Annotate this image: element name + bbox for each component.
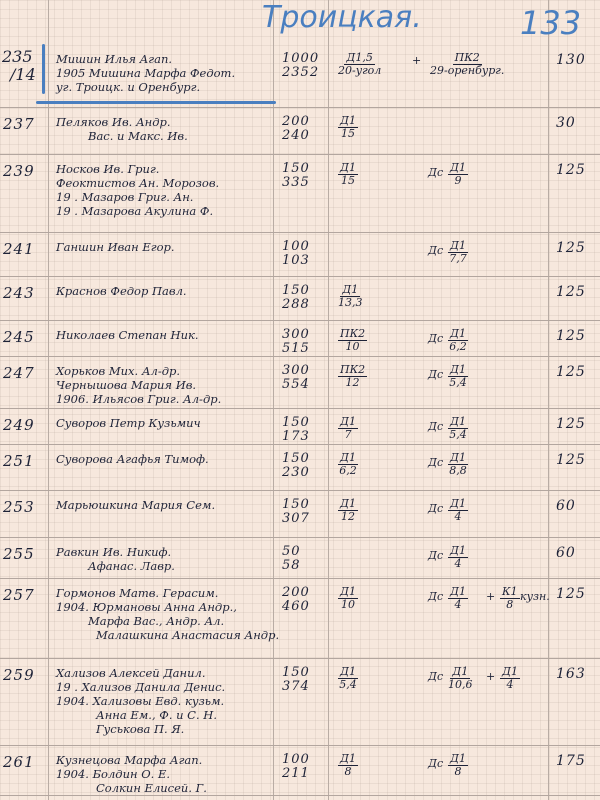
fraction-denominator: 10 bbox=[346, 341, 360, 353]
area-value: 554 bbox=[282, 378, 326, 392]
area-values: 150307 bbox=[282, 498, 326, 526]
owner-name-line: Кузнецова Марфа Агап. bbox=[56, 753, 270, 767]
building-code-primary: Д18 bbox=[338, 753, 358, 778]
entry-number: 241 bbox=[3, 240, 35, 258]
row-divider bbox=[0, 320, 600, 321]
area-values: 150230 bbox=[282, 452, 326, 480]
fraction-denominator: 8 bbox=[454, 766, 461, 778]
plus-sign: + bbox=[486, 670, 495, 683]
fraction-denominator: 10 bbox=[341, 599, 355, 611]
fraction-denominator: 5,4 bbox=[449, 377, 467, 389]
area-value: 150 bbox=[282, 162, 326, 176]
owner-name-line: Николаев Степан Ник. bbox=[56, 328, 270, 342]
blue-bracket-mark bbox=[42, 44, 45, 94]
fraction-denominator: 15 bbox=[341, 128, 355, 140]
column-divider bbox=[48, 0, 49, 800]
entry-number: 245 bbox=[3, 328, 35, 346]
outbuilding-prefix: Дс bbox=[428, 368, 443, 381]
owner-names: Равкин Ив. Никиф.Афанас. Лавр. bbox=[56, 545, 270, 573]
owner-names: Кузнецова Марфа Агап.1904. Болдин О. Е.С… bbox=[56, 753, 270, 795]
building-code-secondary: Д110,6 bbox=[448, 666, 473, 691]
building-code-secondary: Д18,8 bbox=[448, 452, 468, 477]
owner-names: Суворова Агафья Тимоф. bbox=[56, 452, 270, 466]
area-values: 300554 bbox=[282, 364, 326, 392]
entry-number: 259 bbox=[3, 666, 35, 684]
fraction-denominator: 8 bbox=[344, 766, 351, 778]
owner-name-line: 19 . Мазарова Акулина Ф. bbox=[56, 204, 270, 218]
owner-names: Пеляков Ив. Андр.Вас. и Макс. Ив. bbox=[56, 115, 270, 143]
owner-name-line: Чернышова Мария Ив. bbox=[56, 378, 270, 392]
area-value: 300 bbox=[282, 328, 326, 342]
area-value: 150 bbox=[282, 416, 326, 430]
owner-names: Хорьков Мих. Ал-др.Чернышова Мария Ив.19… bbox=[56, 364, 270, 406]
outbuilding-prefix: Дс bbox=[428, 244, 443, 257]
entry-number: 261 bbox=[3, 753, 35, 771]
entry-number-main: 235 bbox=[2, 48, 36, 66]
area-values: 300515 bbox=[282, 328, 326, 356]
area-values: 10002352 bbox=[282, 52, 326, 80]
column-divider bbox=[328, 0, 329, 800]
area-value: 307 bbox=[282, 512, 326, 526]
owner-name-line: Пеляков Ив. Андр. bbox=[56, 115, 270, 129]
entry-total: 125 bbox=[556, 416, 586, 432]
owner-name-line: Мишин Илья Агап. bbox=[56, 52, 270, 66]
row-divider bbox=[0, 232, 600, 233]
fraction-denominator: 7,7 bbox=[449, 253, 467, 265]
building-code-primary: Д15,4 bbox=[338, 666, 358, 691]
area-values: 150374 bbox=[282, 666, 326, 694]
building-code-primary: Д17 bbox=[338, 416, 358, 441]
building-code-tertiary: Д14 bbox=[500, 666, 520, 691]
row-divider bbox=[0, 490, 600, 491]
outbuilding-prefix: Дс bbox=[428, 456, 443, 469]
outbuilding-prefix: Дс bbox=[428, 590, 443, 603]
row-divider bbox=[0, 107, 600, 108]
building-note: кузн. bbox=[520, 590, 550, 603]
area-values: 150173 bbox=[282, 416, 326, 444]
area-value: 288 bbox=[282, 298, 326, 312]
fraction-denominator: 15 bbox=[341, 175, 355, 187]
entry-total: 125 bbox=[556, 240, 586, 256]
plus-sign: + bbox=[412, 54, 421, 67]
building-code-primary: Д16,2 bbox=[338, 452, 358, 477]
fraction-denominator: 4 bbox=[454, 511, 461, 523]
entry-total: 125 bbox=[556, 364, 586, 380]
fraction-denominator: 5,4 bbox=[339, 679, 357, 691]
row-divider bbox=[0, 537, 600, 538]
ledger-page: Троицкая. 133 235/14Мишин Илья Агап.1905… bbox=[0, 0, 600, 800]
building-code-secondary: Д14 bbox=[448, 545, 468, 570]
owner-name-line: Марфа Вас., Андр. Ал. bbox=[56, 614, 270, 628]
area-values: 200460 bbox=[282, 586, 326, 614]
entry-number: 253 bbox=[3, 498, 35, 516]
building-code-primary: Д1,520-угол bbox=[338, 52, 381, 77]
outbuilding-prefix: Дс bbox=[428, 757, 443, 770]
entry-total: 125 bbox=[556, 328, 586, 344]
building-code-primary: Д115 bbox=[338, 162, 358, 187]
outbuilding-prefix: Дс bbox=[428, 166, 443, 179]
entry-total: 163 bbox=[556, 666, 586, 682]
fraction-denominator: 4 bbox=[454, 599, 461, 611]
area-value: 173 bbox=[282, 430, 326, 444]
owner-name-line: Марьюшкина Мария Сем. bbox=[56, 498, 270, 512]
plus-sign: + bbox=[486, 590, 495, 603]
fraction-denominator: 4 bbox=[506, 679, 513, 691]
entry-total: 130 bbox=[556, 52, 586, 68]
owner-name-line: Анна Ем., Ф. и С. Н. bbox=[56, 708, 270, 722]
page-title: Троицкая. bbox=[262, 0, 422, 35]
entry-total: 60 bbox=[556, 545, 576, 561]
row-divider bbox=[0, 408, 600, 409]
owner-name-line: 1904. Хализовы Евд. кузьм. bbox=[56, 694, 270, 708]
owner-name-line: 1904. Юрмановы Анна Андр., bbox=[56, 600, 270, 614]
entry-number: 243 bbox=[3, 284, 35, 302]
owner-name-line: Солкин Елисей. Г. bbox=[56, 781, 270, 795]
area-value: 374 bbox=[282, 680, 326, 694]
building-code-secondary: Д14 bbox=[448, 498, 468, 523]
building-code-secondary: Д15,4 bbox=[448, 364, 468, 389]
area-value: 211 bbox=[282, 767, 326, 781]
building-code-primary: Д110 bbox=[338, 586, 358, 611]
fraction-denominator: 8,8 bbox=[449, 465, 467, 477]
building-code-secondary: Д16,2 bbox=[448, 328, 468, 353]
building-code-primary: ПК212 bbox=[338, 364, 367, 389]
entry-number: 257 bbox=[3, 586, 35, 604]
area-values: 100211 bbox=[282, 753, 326, 781]
owner-name-line: 1904. Болдин О. Е. bbox=[56, 767, 270, 781]
owner-names: Гормонов Матв. Герасим.1904. Юрмановы Ан… bbox=[56, 586, 270, 642]
area-value: 150 bbox=[282, 284, 326, 298]
owner-name-line: уг. Троицк. и Оренбург. bbox=[56, 80, 270, 94]
owner-name-line: 19 . Хализов Данила Денис. bbox=[56, 680, 270, 694]
owner-name-line: Вас. и Макс. Ив. bbox=[56, 129, 270, 143]
building-code-secondary: Д18 bbox=[448, 753, 468, 778]
owner-names: Марьюшкина Мария Сем. bbox=[56, 498, 270, 512]
area-value: 240 bbox=[282, 129, 326, 143]
building-code-secondary: ПК229-оренбург. bbox=[430, 52, 504, 77]
building-code-primary: Д113,3 bbox=[338, 284, 363, 309]
entry-total: 125 bbox=[556, 586, 586, 602]
area-value: 2352 bbox=[282, 66, 326, 80]
area-value: 100 bbox=[282, 753, 326, 767]
row-divider bbox=[0, 795, 600, 796]
area-value: 515 bbox=[282, 342, 326, 356]
fraction-denominator: 6,2 bbox=[449, 341, 467, 353]
entry-total: 175 bbox=[556, 753, 586, 769]
area-value: 300 bbox=[282, 364, 326, 378]
entry-number-sub: /14 bbox=[2, 66, 36, 84]
owner-name-line: Малашкина Анастасия Андр. bbox=[56, 628, 270, 642]
entry-number: 235/14 bbox=[2, 48, 36, 84]
area-value: 150 bbox=[282, 666, 326, 680]
entry-number: 249 bbox=[3, 416, 35, 434]
owner-name-line: Гуськова П. Я. bbox=[56, 722, 270, 736]
row-divider bbox=[0, 444, 600, 445]
owner-name-line: Феоктистов Ан. Морозов. bbox=[56, 176, 270, 190]
outbuilding-prefix: Дс bbox=[428, 502, 443, 515]
owner-name-line: 1905 Мишина Марфа Федот. bbox=[56, 66, 270, 80]
fraction-denominator: 5,4 bbox=[449, 429, 467, 441]
owner-names: Николаев Степан Ник. bbox=[56, 328, 270, 342]
owner-names: Хализов Алексей Данил.19 . Хализов Данил… bbox=[56, 666, 270, 736]
column-divider bbox=[273, 0, 274, 800]
entry-number: 237 bbox=[3, 115, 35, 133]
outbuilding-prefix: Дс bbox=[428, 332, 443, 345]
area-values: 5058 bbox=[282, 545, 326, 573]
row-divider bbox=[0, 578, 600, 579]
area-value: 460 bbox=[282, 600, 326, 614]
fraction-denominator: 10,6 bbox=[448, 679, 473, 691]
entry-total: 125 bbox=[556, 162, 586, 178]
owner-name-line: Ганшин Иван Егор. bbox=[56, 240, 270, 254]
building-code-secondary: Д19 bbox=[448, 162, 468, 187]
area-value: 100 bbox=[282, 240, 326, 254]
owner-name-line: Хорьков Мих. Ал-др. bbox=[56, 364, 270, 378]
fraction-denominator: 4 bbox=[454, 558, 461, 570]
owner-name-line: Афанас. Лавр. bbox=[56, 559, 270, 573]
fraction-denominator: 9 bbox=[454, 175, 461, 187]
entry-total: 125 bbox=[556, 452, 586, 468]
area-values: 200240 bbox=[282, 115, 326, 143]
area-value: 230 bbox=[282, 466, 326, 480]
area-values: 150288 bbox=[282, 284, 326, 312]
entry-number: 239 bbox=[3, 162, 35, 180]
entry-number: 255 bbox=[3, 545, 35, 563]
area-value: 150 bbox=[282, 498, 326, 512]
owner-name-line: 1906. Ильясов Григ. Ал-др. bbox=[56, 392, 270, 406]
owner-name-line: Краснов Федор Павл. bbox=[56, 284, 270, 298]
area-value: 200 bbox=[282, 586, 326, 600]
owner-names: Суворов Петр Кузьмич bbox=[56, 416, 270, 430]
area-values: 150335 bbox=[282, 162, 326, 190]
entry-number: 247 bbox=[3, 364, 35, 382]
fraction-denominator: 6,2 bbox=[339, 465, 357, 477]
row-divider bbox=[0, 745, 600, 746]
owner-names: Ганшин Иван Егор. bbox=[56, 240, 270, 254]
owner-name-line: Хализов Алексей Данил. bbox=[56, 666, 270, 680]
building-code-tertiary: К18 bbox=[500, 586, 520, 611]
row-divider bbox=[0, 154, 600, 155]
area-value: 103 bbox=[282, 254, 326, 268]
fraction-denominator: 13,3 bbox=[338, 297, 363, 309]
entry-number: 251 bbox=[3, 452, 35, 470]
owner-name-line: Суворов Петр Кузьмич bbox=[56, 416, 270, 430]
area-value: 50 bbox=[282, 545, 326, 559]
fraction-denominator: 29-оренбург. bbox=[430, 65, 504, 77]
owner-name-line: Суворова Агафья Тимоф. bbox=[56, 452, 270, 466]
entry-total: 30 bbox=[556, 115, 576, 131]
outbuilding-prefix: Дс bbox=[428, 420, 443, 433]
owner-names: Мишин Илья Агап.1905 Мишина Марфа Федот.… bbox=[56, 52, 270, 94]
page-number: 133 bbox=[520, 4, 581, 42]
owner-name-line: Гормонов Матв. Герасим. bbox=[56, 586, 270, 600]
row-divider bbox=[0, 658, 600, 659]
area-value: 200 bbox=[282, 115, 326, 129]
entry-total: 125 bbox=[556, 284, 586, 300]
fraction-denominator: 12 bbox=[346, 377, 360, 389]
outbuilding-prefix: Дс bbox=[428, 670, 443, 683]
building-code-secondary: Д14 bbox=[448, 586, 468, 611]
row-divider bbox=[0, 276, 600, 277]
owner-names: Носков Ив. Григ.Феоктистов Ан. Морозов.1… bbox=[56, 162, 270, 218]
column-divider bbox=[548, 0, 549, 800]
building-code-primary: ПК210 bbox=[338, 328, 367, 353]
outbuilding-prefix: Дс bbox=[428, 549, 443, 562]
owner-name-line: Носков Ив. Григ. bbox=[56, 162, 270, 176]
owner-name-line: 19 . Мазаров Григ. Ан. bbox=[56, 190, 270, 204]
area-values: 100103 bbox=[282, 240, 326, 268]
building-code-primary: Д115 bbox=[338, 115, 358, 140]
owner-names: Краснов Федор Павл. bbox=[56, 284, 270, 298]
area-value: 58 bbox=[282, 559, 326, 573]
fraction-denominator: 20-угол bbox=[338, 65, 381, 77]
building-code-secondary: Д17,7 bbox=[448, 240, 468, 265]
area-value: 150 bbox=[282, 452, 326, 466]
building-code-secondary: Д15,4 bbox=[448, 416, 468, 441]
blue-underline-mark bbox=[36, 101, 276, 104]
row-divider bbox=[0, 356, 600, 357]
building-code-primary: Д112 bbox=[338, 498, 358, 523]
fraction-denominator: 8 bbox=[506, 599, 513, 611]
area-value: 335 bbox=[282, 176, 326, 190]
fraction-denominator: 12 bbox=[341, 511, 355, 523]
fraction-denominator: 7 bbox=[344, 429, 351, 441]
area-value: 1000 bbox=[282, 52, 326, 66]
entry-total: 60 bbox=[556, 498, 576, 514]
owner-name-line: Равкин Ив. Никиф. bbox=[56, 545, 270, 559]
